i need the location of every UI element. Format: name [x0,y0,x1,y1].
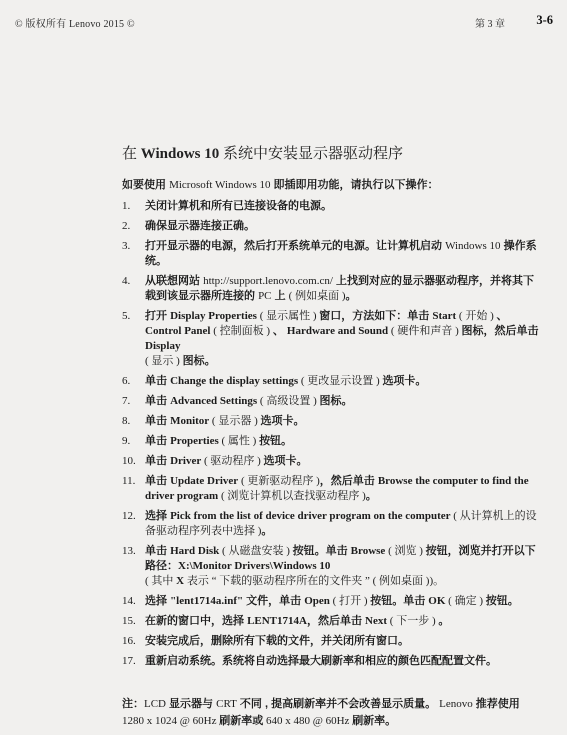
chapter-label: 第 3 章 [475,15,505,30]
step-text: 单击 Hard Disk ( 从磁盘安装 ) 按钮。单击 Browse ( 浏览… [145,544,552,589]
step-item: 1. 关闭计算机和所有已连接设备的电源。 [122,199,552,214]
step-item: 7. 单击 Advanced Settings ( 高级设置 ) 图标。 [122,394,552,409]
step-number: 11. [122,474,145,504]
step-item: 3. 打开显示器的电源，然后打开系统单元的电源。让计算机启动 Windows 1… [122,239,552,269]
step-item: 8. 单击 Monitor ( 显示器 ) 选项卡。 [122,414,552,429]
step-text: 打开显示器的电源，然后打开系统单元的电源。让计算机启动 Windows 10 操… [145,239,552,269]
step-number: 10. [122,454,145,469]
page-title: 在 Windows 10 系统中安装显示器驱动程序 [122,145,552,164]
steps-list: 1. 关闭计算机和所有已连接设备的电源。 2. 确保显示器连接正确。 3. 打开… [122,199,552,669]
step-number: 14. [122,594,145,609]
step-text: 单击 Properties ( 属性 ) 按钮。 [145,434,552,449]
step-number: 12. [122,509,145,539]
step-number: 15. [122,614,145,629]
step-text: 重新启动系统。系统将自动选择最大刷新率和相应的颜色匹配配置文件。 [145,654,552,669]
intro-text: 如要使用 Microsoft Windows 10 即插即用功能，请执行以下操作… [122,178,552,193]
step-text: 在新的窗口中，选择 LENT1714A，然后单击 Next ( 下一步 ) 。 [145,614,552,629]
support-url-text: http://support.lenovo.com.cn/ [203,275,333,287]
step-item: 16. 安装完成后，删除所有下载的文件，并关闭所有窗口。 [122,634,552,649]
step-number: 2. [122,219,145,234]
step-text: 关闭计算机和所有已连接设备的电源。 [145,199,552,214]
step-item: 4. 从联想网站 http://support.lenovo.com.cn/ 上… [122,274,552,304]
step-number: 9. [122,434,145,449]
step-text: 选择 "lent1714a.inf" 文件，单击 Open ( 打开 ) 按钮。… [145,594,552,609]
step-number: 7. [122,394,145,409]
step-text: 打开 Display Properties ( 显示属性 ) 窗口，方法如下：单… [145,309,552,369]
step-item: 12. 选择 Pick from the list of device driv… [122,509,552,539]
step-text: 单击 Driver ( 驱动程序 ) 选项卡。 [145,454,552,469]
step-text: 选择 Pick from the list of device driver p… [145,509,552,539]
step-text: 单击 Monitor ( 显示器 ) 选项卡。 [145,414,552,429]
step-item: 9. 单击 Properties ( 属性 ) 按钮。 [122,434,552,449]
note-text: 注：LCD 显示器与 CRT 不同 , 提高刷新率并不会改善显示质量。 Leno… [122,696,552,730]
step-number: 8. [122,414,145,429]
step-text: 从联想网站 http://support.lenovo.com.cn/ 上找到对… [145,274,552,304]
step-number: 1. [122,199,145,214]
step-item: 15. 在新的窗口中，选择 LENT1714A，然后单击 Next ( 下一步 … [122,614,552,629]
step-item: 11. 单击 Update Driver ( 更新驱动程序 )，然后单击 Bro… [122,474,552,504]
step-number: 3. [122,239,145,269]
copyright-text: © 版权所有 Lenovo 2015 © [15,15,135,30]
step-item: 6. 单击 Change the display settings ( 更改显示… [122,374,552,389]
page-header: © 版权所有 Lenovo 2015 © 第 3 章 3-6 [15,13,553,29]
step-item: 5. 打开 Display Properties ( 显示属性 ) 窗口，方法如… [122,309,552,369]
step-item: 2. 确保显示器连接正确。 [122,219,552,234]
step-text: 单击 Change the display settings ( 更改显示设置 … [145,374,552,389]
step-item: 13. 单击 Hard Disk ( 从磁盘安装 ) 按钮。单击 Browse … [122,544,552,589]
step-number: 16. [122,634,145,649]
step-item: 17. 重新启动系统。系统将自动选择最大刷新率和相应的颜色匹配配置文件。 [122,654,552,669]
step-number: 4. [122,274,145,304]
step-text: 单击 Advanced Settings ( 高级设置 ) 图标。 [145,394,552,409]
step-item: 14. 选择 "lent1714a.inf" 文件，单击 Open ( 打开 )… [122,594,552,609]
step-text: 安装完成后，删除所有下载的文件，并关闭所有窗口。 [145,634,552,649]
step-number: 6. [122,374,145,389]
step-text: 单击 Update Driver ( 更新驱动程序 )，然后单击 Browse … [145,474,552,504]
manual-page: © 版权所有 Lenovo 2015 © 第 3 章 3-6 在 Windows… [0,0,567,735]
step-number: 5. [122,309,145,369]
page-number: 3-6 [536,13,553,28]
step-item: 10. 单击 Driver ( 驱动程序 ) 选项卡。 [122,454,552,469]
step-number: 13. [122,544,145,589]
page-content: 在 Windows 10 系统中安装显示器驱动程序 如要使用 Microsoft… [122,145,552,735]
step-number: 17. [122,654,145,669]
step-text: 确保显示器连接正确。 [145,219,552,234]
